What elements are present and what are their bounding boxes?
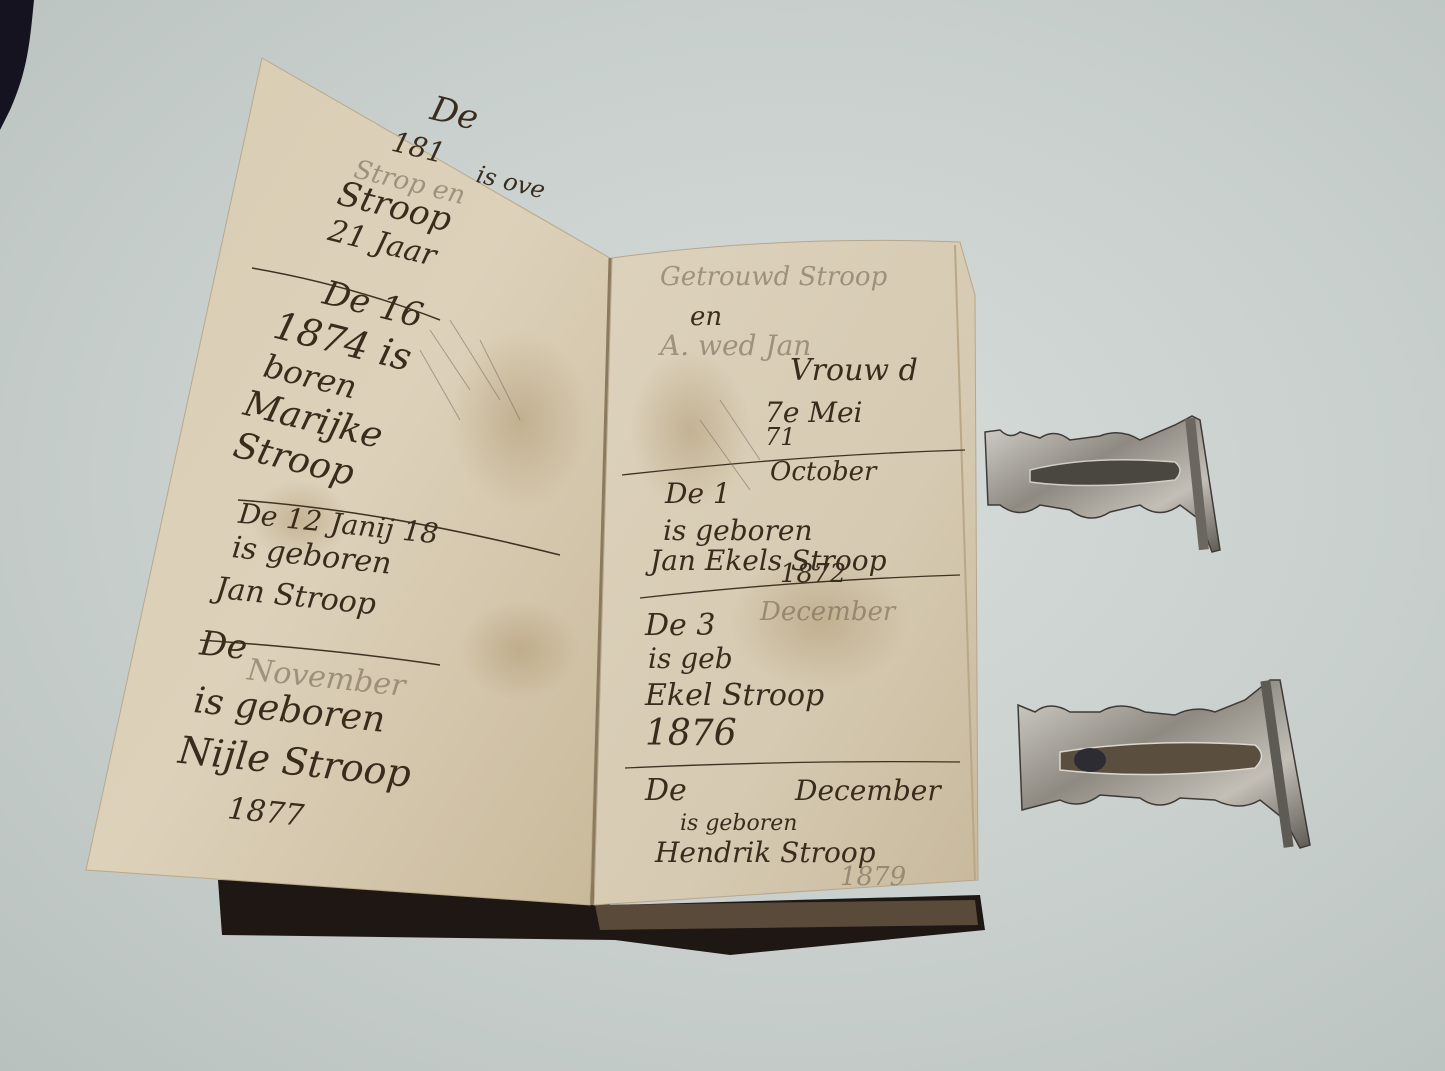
svg-text:October: October <box>770 457 878 487</box>
svg-text:1876: 1876 <box>645 713 737 754</box>
photo-scene: De 181 is ove Strop en Stroop 21 Jaar De… <box>0 0 1445 1071</box>
svg-text:71: 71 <box>765 423 796 451</box>
svg-text:Vrouw d: Vrouw d <box>790 353 918 388</box>
svg-text:Ekel Stroop: Ekel Stroop <box>644 678 824 713</box>
svg-text:De 1: De 1 <box>664 477 731 510</box>
svg-text:is geb: is geb <box>648 642 733 675</box>
svg-text:Jan Ekels Stroop: Jan Ekels Stroop <box>645 544 887 577</box>
book-photo: De 181 is ove Strop en Stroop 21 Jaar De… <box>0 0 1445 1071</box>
lower-clasp <box>1018 680 1310 848</box>
svg-text:1872: 1872 <box>780 559 846 589</box>
upper-clasp <box>985 416 1220 552</box>
svg-text:is geboren: is geboren <box>680 811 797 836</box>
svg-text:Getrouwd Stroop: Getrouwd Stroop <box>660 262 888 292</box>
page-block-edge <box>595 900 978 930</box>
svg-text:De 3: De 3 <box>644 608 715 643</box>
svg-text:De: De <box>426 88 483 139</box>
svg-text:en: en <box>690 302 722 332</box>
svg-text:December: December <box>794 774 942 807</box>
svg-text:De: De <box>644 773 687 808</box>
svg-text:December: December <box>759 597 897 627</box>
svg-text:A. wed Jan: A. wed Jan <box>657 329 811 362</box>
svg-text:1879: 1879 <box>840 862 906 892</box>
svg-text:De: De <box>197 623 249 668</box>
dark-cloth <box>0 0 34 130</box>
svg-text:is geboren: is geboren <box>663 514 813 547</box>
